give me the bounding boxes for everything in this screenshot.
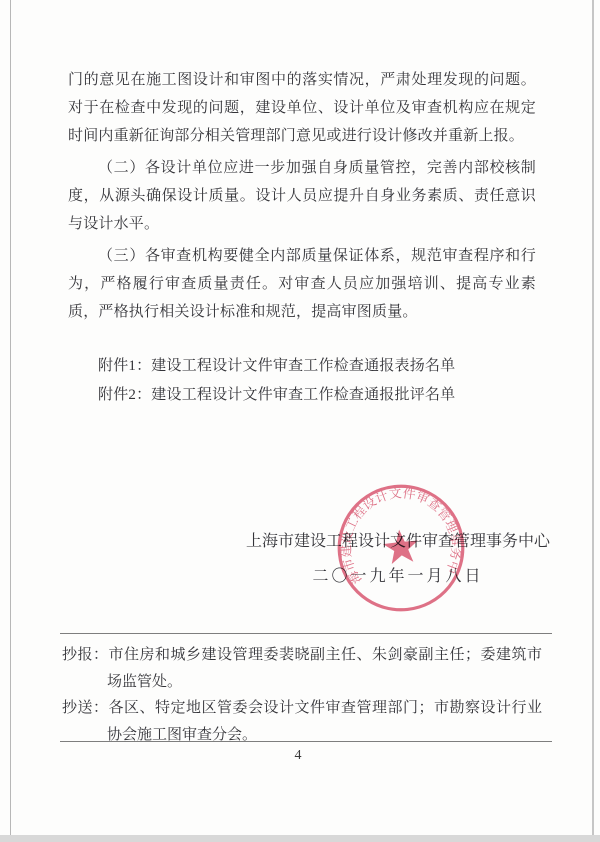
cc-block: 抄报：市住房和城乡建设管理委裴晓副主任、朱剑豪副主任；委建筑市场监管处。 抄送：… bbox=[62, 642, 542, 748]
scan-edge-bottom bbox=[0, 835, 600, 842]
cc-report-text: 市住房和城乡建设管理委裴晓副主任、朱剑豪副主任；委建筑市场监管处。 bbox=[107, 647, 542, 690]
attachment-line-1: 附件1：建设工程设计文件审查工作检查通报表扬名单 bbox=[68, 352, 536, 381]
footer-rule-bottom bbox=[60, 741, 552, 742]
scanned-document-page: 门的意见在施工图设计和审图中的落实情况，严肃处理发现的问题。对于在检查中发现的问… bbox=[0, 0, 600, 842]
body-text: 门的意见在施工图设计和审图中的落实情况，严肃处理发现的问题。对于在检查中发现的问… bbox=[68, 66, 536, 410]
signature-block: 上海市建设工程设计文件审查管理事务中心 二〇一九年一月八日 bbox=[245, 531, 551, 588]
signature-date: 二〇一九年一月八日 bbox=[245, 566, 551, 588]
signature-organization: 上海市建设工程设计文件审查管理事务中心 bbox=[245, 531, 551, 553]
cc-report-label: 抄报： bbox=[62, 647, 109, 663]
scan-edge-right bbox=[592, 0, 594, 842]
cc-send-text: 各区、特定地区管委会设计文件审查管理部门；市勘察设计行业协会施工图审查分会。 bbox=[107, 700, 542, 743]
cc-send-label: 抄送： bbox=[62, 700, 109, 716]
paragraph-item-2: （二）各设计单位应进一步加强自身质量管控，完善内部校核制度，从源头确保设计质量。… bbox=[68, 154, 536, 238]
attachment-list: 附件1：建设工程设计文件审查工作检查通报表扬名单 附件2：建设工程设计文件审查工… bbox=[68, 352, 536, 410]
page-number: 4 bbox=[0, 748, 596, 764]
paragraph-item-3: （三）各审查机构要健全内部质量保证体系，规范审查程序和行为，严格履行审查质量责任… bbox=[68, 242, 536, 326]
attachment-line-2: 附件2：建设工程设计文件审查工作检查通报批评名单 bbox=[68, 381, 536, 410]
cc-report-line: 抄报：市住房和城乡建设管理委裴晓副主任、朱剑豪副主任；委建筑市场监管处。 bbox=[62, 642, 542, 695]
scan-edge-left bbox=[10, 0, 11, 842]
footer-rule-top bbox=[60, 633, 552, 634]
paragraph-continuation: 门的意见在施工图设计和审图中的落实情况，严肃处理发现的问题。对于在检查中发现的问… bbox=[68, 66, 536, 150]
